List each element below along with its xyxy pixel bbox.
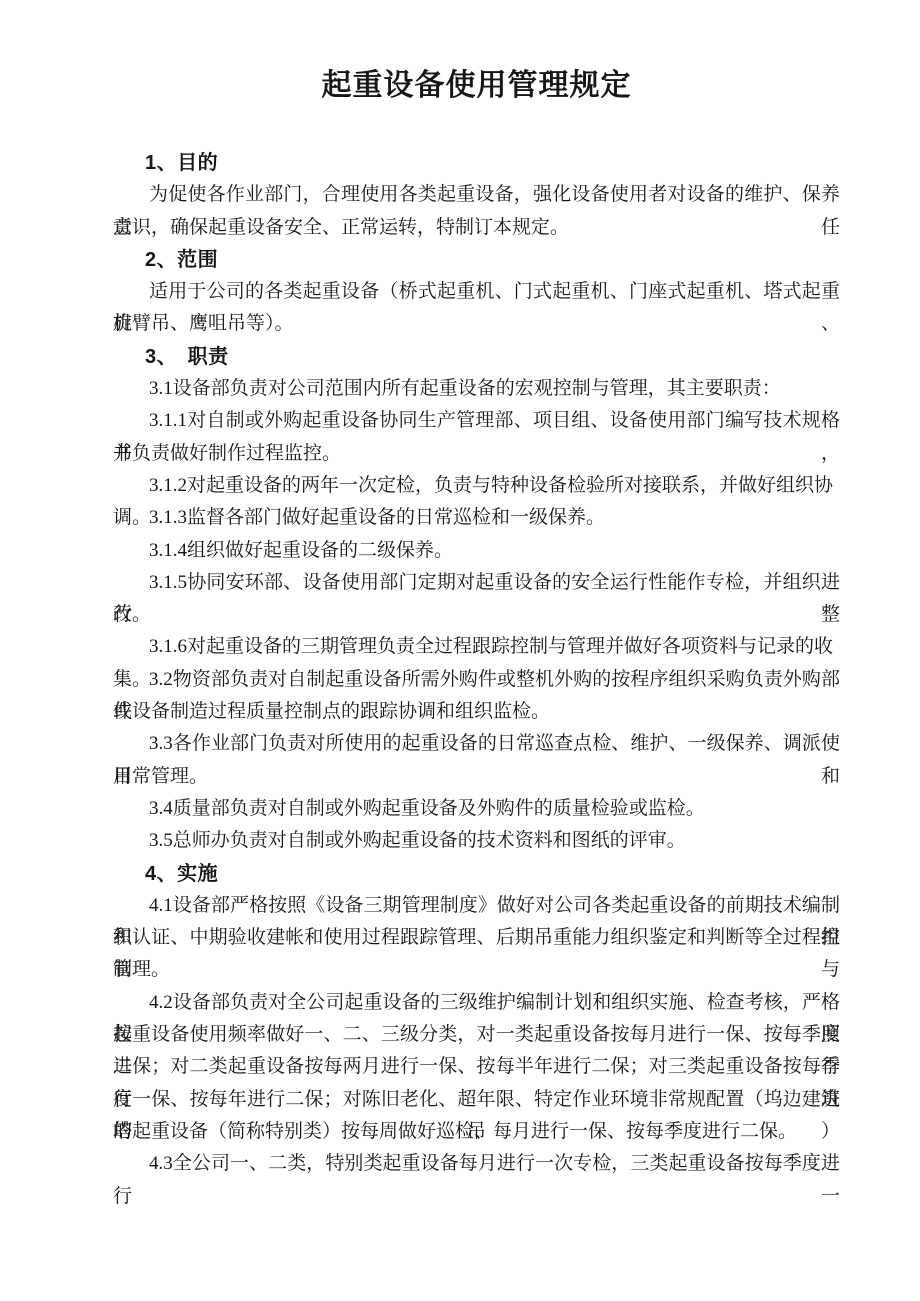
paragraph-line: 3.5总师办负责对自制或外购起重设备的技术资料和图纸的评审。: [113, 825, 840, 857]
paragraph: 3.1.1对自制或外购起重设备协同生产管理部、项目组、设备使用部门编写技术规格书…: [113, 405, 840, 470]
paragraph-line: 为促使各作业部门，合理使用各类起重设备，强化设备使用者对设备的维护、保养责任: [113, 179, 840, 211]
paragraph: 为促使各作业部门，合理使用各类起重设备，强化设备使用者对设备的维护、保养责任意识…: [113, 179, 840, 244]
paragraph-line: 3.1.2对起重设备的两年一次定检，负责与特种设备检验所对接联系，并做好组织协调…: [113, 470, 840, 502]
paragraph-line: 3.3各作业部门负责对所使用的起重设备的日常巡查点检、维护、一级保养、调派使用和: [113, 728, 840, 760]
paragraph-line: 二保；对二类起重设备按每两月进行一保、按每半年进行二保；对三类起重设备按每季度进: [113, 1051, 840, 1083]
paragraph: 3.1.3监督各部门做好起重设备的日常巡检和一级保养。: [113, 502, 840, 534]
paragraph-line: 4.3全公司一、二类，特别类起重设备每月进行一次专检，三类起重设备按每季度进行一: [113, 1148, 840, 1180]
paragraph-line: 3.1设备部负责对公司范围内所有起重设备的宏观控制与管理，其主要职责：: [113, 373, 840, 405]
paragraph: 4.2设备部负责对全公司起重设备的三级维护编制计划和组织实施、检查考核，严格按照…: [113, 987, 840, 1148]
paragraph-line: 3.1.4组织做好起重设备的二级保养。: [113, 535, 840, 567]
paragraph: 3.3各作业部门负责对所使用的起重设备的日常巡查点检、维护、一级保养、调派使用和…: [113, 728, 840, 793]
section-heading: 1、目的: [113, 147, 840, 179]
section-heading: 2、范围: [113, 244, 840, 276]
paragraph: 3.2物资部负责对自制起重设备所需外购件或整机外购的按程序组织采购负责外购部件或…: [113, 664, 840, 729]
document-title: 起重设备使用管理规定: [113, 63, 840, 109]
paragraph: 3.4质量部负责对自制或外购起重设备及外购件的质量检验或监检。: [113, 793, 840, 825]
paragraph: 3.1.5协同安环部、设备使用部门定期对起重设备的安全运行性能作专检，并组织进行…: [113, 567, 840, 632]
section-heading: 3、 职责: [113, 341, 840, 373]
document-page: 起重设备使用管理规定 1、目的为促使各作业部门，合理使用各类起重设备，强化设备使…: [0, 0, 920, 1301]
paragraph-line: 3.1.5协同安环部、设备使用部门定期对起重设备的安全运行性能作专检，并组织进行…: [113, 567, 840, 599]
paragraph: 3.1.6对起重设备的三期管理负责全过程跟踪控制与管理并做好各项资料与记录的收集…: [113, 631, 840, 663]
paragraph-line: 的起重设备（简称特别类）按每周做好巡检、每月进行一保、按每季度进行二保。: [113, 1116, 840, 1148]
paragraph-line: 起重设备使用频率做好一、二、三级分类，对一类起重设备按每月进行一保、按每季度进行: [113, 1019, 840, 1051]
document-content: 1、目的为促使各作业部门，合理使用各类起重设备，强化设备使用者对设备的维护、保养…: [113, 147, 840, 1181]
paragraph-line: 或设备制造过程质量控制点的跟踪协调和组织监检。: [113, 696, 840, 728]
paragraph-line: 4.1设备部严格按照《设备三期管理制度》做好对公司各类起重设备的前期技术编制和组: [113, 890, 840, 922]
document-body: 起重设备使用管理规定 1、目的为促使各作业部门，合理使用各类起重设备，强化设备使…: [113, 63, 840, 1181]
section-heading: 4、实施: [113, 858, 840, 890]
paragraph: 3.1.4组织做好起重设备的二级保养。: [113, 535, 840, 567]
paragraph: 适用于公司的各类起重设备（桥式起重机、门式起重机、门座式起重机、塔式起重机、旋臂…: [113, 276, 840, 341]
paragraph-line: 织认证、中期验收建帐和使用过程跟踪管理、后期吊重能力组织鉴定和判断等全过程控制与: [113, 922, 840, 954]
paragraph-line: 3.1.1对自制或外购起重设备协同生产管理部、项目组、设备使用部门编写技术规格书…: [113, 405, 840, 437]
paragraph: 3.5总师办负责对自制或外购起重设备的技术资料和图纸的评审。: [113, 825, 840, 857]
paragraph: 3.1.2对起重设备的两年一次定检，负责与特种设备检验所对接联系，并做好组织协调…: [113, 470, 840, 502]
paragraph-line: 3.2物资部负责对自制起重设备所需外购件或整机外购的按程序组织采购负责外购部件: [113, 664, 840, 696]
paragraph: 3.1设备部负责对公司范围内所有起重设备的宏观控制与管理，其主要职责：: [113, 373, 840, 405]
paragraph-line: 4.2设备部负责对全公司起重设备的三级维护编制计划和组织实施、检查考核，严格按照: [113, 987, 840, 1019]
paragraph-line: 行一保、按每年进行二保；对陈旧老化、超年限、特定作业环境非常规配置（坞边建筑塔吊…: [113, 1084, 840, 1116]
paragraph: 4.1设备部严格按照《设备三期管理制度》做好对公司各类起重设备的前期技术编制和组…: [113, 890, 840, 987]
paragraph-line: 3.1.3监督各部门做好起重设备的日常巡检和一级保养。: [113, 502, 840, 534]
paragraph: 4.3全公司一、二类，特别类起重设备每月进行一次专检，三类起重设备按每季度进行一: [113, 1148, 840, 1180]
paragraph-line: 适用于公司的各类起重设备（桥式起重机、门式起重机、门座式起重机、塔式起重机、: [113, 276, 840, 308]
paragraph-line: 3.4质量部负责对自制或外购起重设备及外购件的质量检验或监检。: [113, 793, 840, 825]
paragraph-line: 3.1.6对起重设备的三期管理负责全过程跟踪控制与管理并做好各项资料与记录的收集…: [113, 631, 840, 663]
